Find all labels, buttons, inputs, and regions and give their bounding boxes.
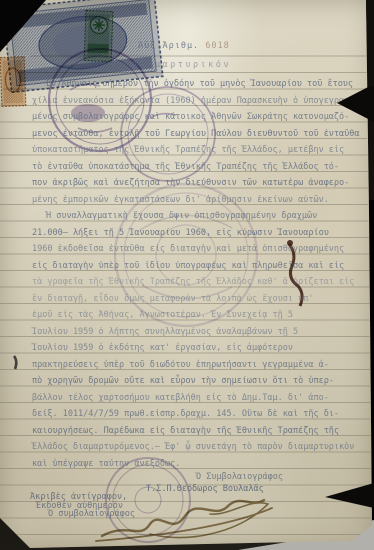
tears-layer (0, 0, 374, 550)
page-edge-shadow (366, 0, 374, 86)
torn-corner-top-left (0, 0, 46, 52)
document-scan: Αὔξ.Ἀριθμ. 6018 Διαμαρτυρικόν Ἐν Ἀθήναις… (0, 0, 374, 550)
torn-notch-bottom-right (325, 483, 374, 508)
torn-notch-right (337, 84, 374, 122)
